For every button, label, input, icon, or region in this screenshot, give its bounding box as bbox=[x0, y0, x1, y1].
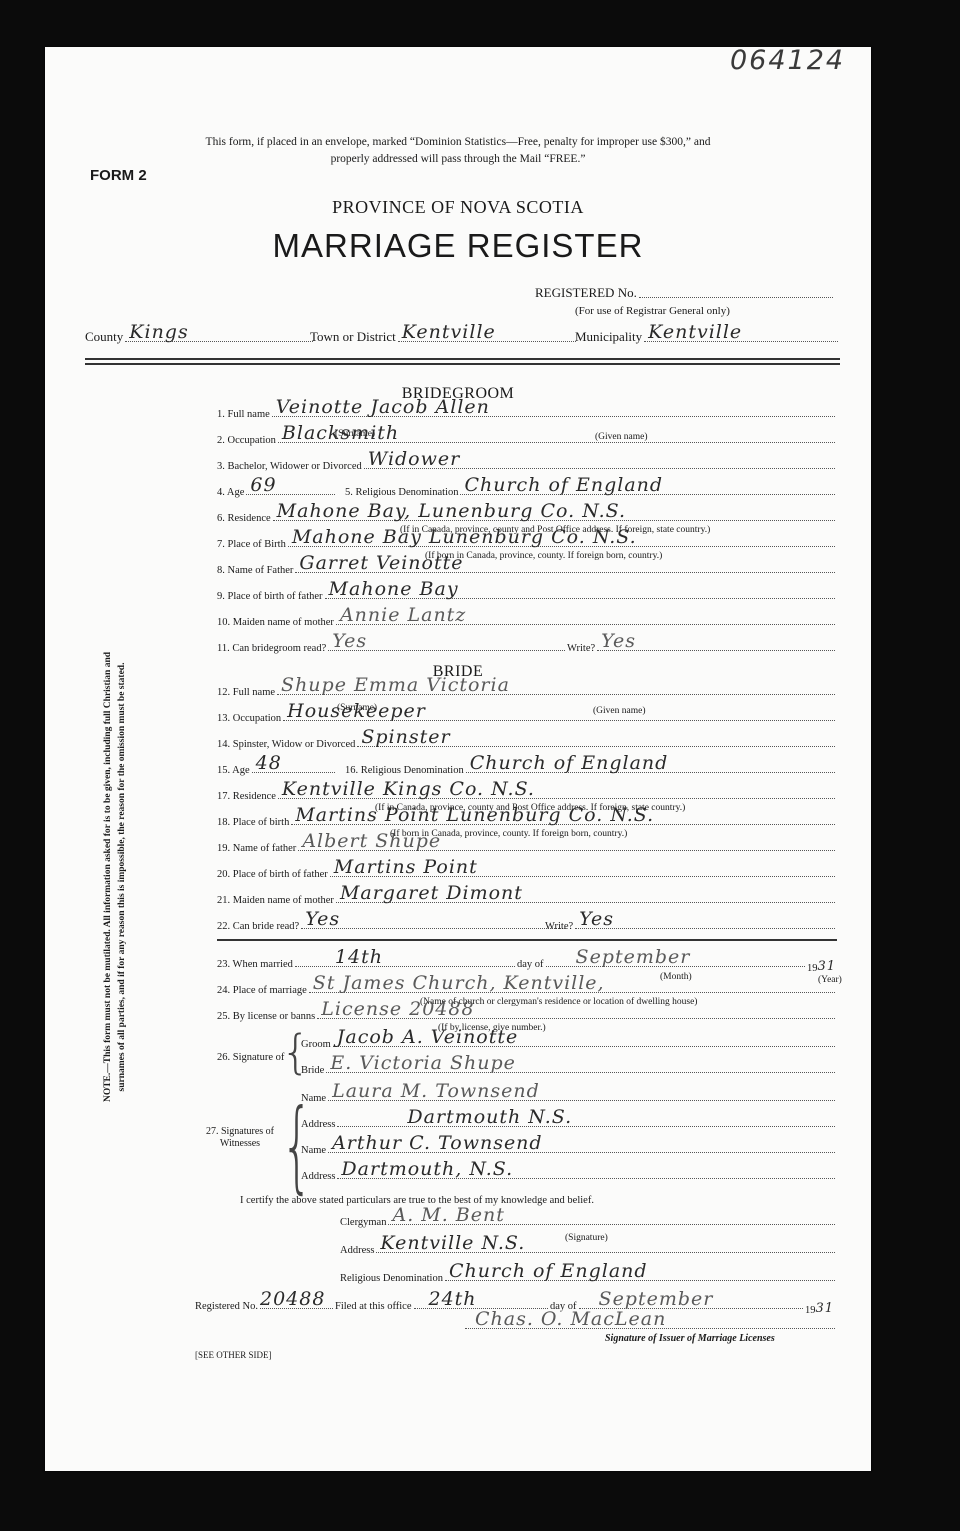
bride-father-birthplace-label: 20. Place of birth of father bbox=[217, 869, 328, 880]
groom-father-name-input[interactable]: Garret Veinotte bbox=[295, 571, 835, 573]
license-input[interactable]: License 20488 bbox=[317, 1017, 835, 1019]
groom-mother-maiden-name-input[interactable]: Annie Lantz bbox=[336, 623, 835, 625]
groom-birthplace-input[interactable]: Mahone Bay Lunenburg Co. N.S. bbox=[288, 545, 835, 547]
groom-father-name-label: 8. Name of Father bbox=[217, 565, 293, 576]
marriage-place-input[interactable]: St James Church, Kentville, bbox=[309, 991, 835, 993]
witness-1-name-label: Name bbox=[301, 1093, 326, 1104]
archive-number: 064124 bbox=[730, 45, 845, 76]
groom-age-label: 4. Age bbox=[217, 487, 244, 498]
issuer-signature-input[interactable]: Chas. O. MacLean bbox=[465, 1327, 835, 1329]
bride-can-write-field: Write? Yes bbox=[545, 921, 837, 932]
bride-signature-field: Bride E. Victoria Shupe bbox=[301, 1065, 837, 1076]
clergyman-label: Clergyman bbox=[340, 1217, 386, 1228]
bride-marital-status-field: 14. Spinster, Widow or Divorced Spinster bbox=[217, 739, 837, 750]
municipality-field: Municipality Kentville bbox=[575, 329, 840, 345]
groom-residence-label: 6. Residence bbox=[217, 513, 271, 524]
groom-signature-label: Groom bbox=[301, 1039, 331, 1050]
groom-can-write-input[interactable]: Yes bbox=[597, 649, 835, 651]
bride-divider bbox=[217, 939, 837, 941]
clergyman-address-field: Address Kentville N.S. bbox=[340, 1245, 837, 1256]
clergyman-signature-input[interactable]: A. M. Bent bbox=[388, 1223, 835, 1225]
issuer-caption: Signature of Issuer of Marriage Licenses bbox=[605, 1333, 775, 1344]
town-label: Town or District bbox=[310, 329, 396, 345]
groom-father-name-field: 8. Name of Father Garret Veinotte bbox=[217, 565, 837, 576]
mutilation-note: NOTE.—This form must not be mutilated. A… bbox=[101, 577, 129, 1177]
bride-mother-maiden-name-input[interactable]: Margaret Dimont bbox=[336, 901, 835, 903]
groom-can-write-field: Write? Yes bbox=[567, 643, 837, 654]
marriage-date-label: 23. When married bbox=[217, 959, 293, 970]
groom-denomination-field: 5. Religious Denomination Church of Engl… bbox=[345, 487, 837, 498]
bride-full-name-input[interactable]: Shupe Emma Victoria bbox=[277, 693, 835, 695]
groom-marital-status-label: 3. Bachelor, Widower or Divorced bbox=[217, 461, 362, 472]
groom-occupation-input[interactable]: Blacksmith bbox=[278, 441, 835, 443]
bride-father-name-input[interactable]: Albert Shupe bbox=[298, 849, 835, 851]
marriage-year-input[interactable]: 31 bbox=[818, 959, 837, 974]
witness-2-name-input[interactable]: Arthur C. Townsend bbox=[328, 1151, 835, 1153]
bride-mother-maiden-name-field: 21. Maiden name of mother Margaret Dimon… bbox=[217, 895, 837, 906]
mutilation-note-line1: NOTE.—This form must not be mutilated. A… bbox=[101, 577, 115, 1177]
bride-can-read-input[interactable]: Yes bbox=[301, 927, 565, 929]
bride-age-field: 15. Age 48 bbox=[217, 765, 337, 776]
bride-mother-maiden-name-label: 21. Maiden name of mother bbox=[217, 895, 334, 906]
witness-1-name-input[interactable]: Laura M. Townsend bbox=[328, 1099, 835, 1101]
groom-full-name-field: 1. Full name Veinotte Jacob Allen bbox=[217, 409, 837, 420]
groom-father-birthplace-input[interactable]: Mahone Bay bbox=[325, 597, 835, 599]
bride-father-birthplace-field: 20. Place of birth of father Martins Poi… bbox=[217, 869, 837, 880]
groom-occupation-field: 2. Occupation Blacksmith bbox=[217, 435, 837, 446]
bride-father-name-field: 19. Name of father Albert Shupe bbox=[217, 843, 837, 854]
registered-no-line[interactable] bbox=[639, 296, 833, 298]
clergyman-denomination-input[interactable]: Church of England bbox=[445, 1279, 835, 1281]
filed-year-input[interactable]: 31 bbox=[816, 1301, 835, 1316]
groom-occupation-label: 2. Occupation bbox=[217, 435, 276, 446]
town-input[interactable]: Kentville bbox=[398, 340, 576, 342]
postal-notice-line1: This form, if placed in an envelope, mar… bbox=[45, 134, 871, 151]
bride-birthplace-input[interactable]: Martins Point Lunenburg Co. N.S. bbox=[291, 823, 835, 825]
clergyman-address-label: Address bbox=[340, 1245, 374, 1256]
witness-2-address-field: Address Dartmouth, N.S. bbox=[301, 1171, 837, 1182]
groom-denomination-input[interactable]: Church of England bbox=[460, 493, 835, 495]
signature-of-label: 26. Signature of bbox=[217, 1052, 284, 1063]
signature-caption: (Signature) bbox=[565, 1233, 608, 1243]
witness-1-name-field: Name Laura M. Townsend bbox=[301, 1093, 837, 1104]
groom-can-write-label: Write? bbox=[567, 643, 595, 654]
bride-full-name-label: 12. Full name bbox=[217, 687, 275, 698]
license-label: 25. By license or banns bbox=[217, 1011, 315, 1022]
groom-father-birthplace-label: 9. Place of birth of father bbox=[217, 591, 323, 602]
county-input[interactable]: Kings bbox=[125, 340, 313, 342]
marriage-year-field: 19 31 bbox=[807, 959, 837, 974]
groom-denomination-label: 5. Religious Denomination bbox=[345, 487, 458, 498]
filing-registered-no-label: Registered No. bbox=[195, 1301, 258, 1312]
bride-marital-status-label: 14. Spinster, Widow or Divorced bbox=[217, 739, 355, 750]
groom-mother-maiden-name-label: 10. Maiden name of mother bbox=[217, 617, 334, 628]
filing-registered-no-field: Registered No. 20488 bbox=[195, 1301, 335, 1312]
marriage-place-field: 24. Place of marriage St James Church, K… bbox=[217, 985, 837, 996]
witness-1-address-input[interactable]: Dartmouth N.S. bbox=[337, 1125, 835, 1127]
bride-residence-field: 17. Residence Kentville Kings Co. N.S. bbox=[217, 791, 837, 802]
bride-occupation-label: 13. Occupation bbox=[217, 713, 281, 724]
issuer-signature-field: Chas. O. MacLean bbox=[463, 1327, 837, 1332]
filed-label: Filed at this office bbox=[335, 1301, 412, 1312]
bride-age-input[interactable]: 48 bbox=[252, 771, 335, 773]
witness-1-address-field: Address Dartmouth N.S. bbox=[301, 1119, 837, 1130]
bride-denomination-field: 16. Religious Denomination Church of Eng… bbox=[345, 765, 837, 776]
groom-residence-field: 6. Residence Mahone Bay, Lunenburg Co. N… bbox=[217, 513, 837, 524]
groom-marital-status-field: 3. Bachelor, Widower or Divorced Widower bbox=[217, 461, 837, 472]
mutilation-note-line2: surnames of all parties, and if for any … bbox=[115, 577, 129, 1177]
county-field: County Kings bbox=[85, 329, 315, 345]
license-field: 25. By license or banns License 20488 bbox=[217, 1011, 837, 1022]
header-divider bbox=[85, 358, 840, 365]
registered-no-field: REGISTERED No. bbox=[535, 285, 835, 301]
witness-2-address-label: Address bbox=[301, 1171, 335, 1182]
county-label: County bbox=[85, 329, 123, 345]
bride-can-read-label: 22. Can bride read? bbox=[217, 921, 299, 932]
groom-can-read-input[interactable]: Yes bbox=[328, 649, 565, 651]
bride-father-name-label: 19. Name of father bbox=[217, 843, 296, 854]
groom-marital-status-input[interactable]: Widower bbox=[364, 467, 835, 469]
marriage-place-label: 24. Place of marriage bbox=[217, 985, 307, 996]
witness-2-address-input[interactable]: Dartmouth, N.S. bbox=[337, 1177, 835, 1179]
bride-birthplace-field: 18. Place of birth Martins Point Lunenbu… bbox=[217, 817, 837, 828]
bride-can-read-field: 22. Can bride read? Yes bbox=[217, 921, 567, 932]
groom-can-read-label: 11. Can bridegroom read? bbox=[217, 643, 326, 654]
bride-denomination-input[interactable]: Church of England bbox=[466, 771, 835, 773]
marriage-month-input[interactable]: September bbox=[546, 965, 805, 967]
postal-notice-line2: properly addressed will pass through the… bbox=[45, 151, 871, 168]
bride-marital-status-input[interactable]: Spinster bbox=[357, 745, 835, 747]
filed-year-field: 19 31 bbox=[805, 1301, 837, 1316]
groom-mother-maiden-name-field: 10. Maiden name of mother Annie Lantz bbox=[217, 617, 837, 628]
filing-registered-no-input[interactable]: 20488 bbox=[260, 1307, 333, 1309]
day-of-label: day of bbox=[517, 959, 544, 970]
bride-signature-label: Bride bbox=[301, 1065, 324, 1076]
see-other-side: [SEE OTHER SIDE] bbox=[195, 1350, 272, 1360]
witnesses-label-line2: Witnesses bbox=[195, 1138, 285, 1150]
bride-residence-label: 17. Residence bbox=[217, 791, 276, 802]
clergyman-field: Clergyman A. M. Bent bbox=[340, 1217, 837, 1228]
municipality-label: Municipality bbox=[575, 329, 642, 345]
witness-1-address-label: Address bbox=[301, 1119, 335, 1130]
month-caption: (Month) bbox=[660, 972, 692, 982]
bride-age-label: 15. Age bbox=[217, 765, 250, 776]
groom-age-field: 4. Age 69 bbox=[217, 487, 337, 498]
province-heading: PROVINCE OF NOVA SCOTIA bbox=[45, 197, 871, 218]
witness-2-name-field: Name Arthur C. Townsend bbox=[301, 1145, 837, 1156]
registered-no-note: (For use of Registrar General only) bbox=[575, 305, 730, 317]
bride-residence-input[interactable]: Kentville Kings Co. N.S. bbox=[278, 797, 835, 799]
bride-denomination-label: 16. Religious Denomination bbox=[345, 765, 464, 776]
marriage-month-field: day of September bbox=[517, 959, 807, 970]
groom-age-input[interactable]: 69 bbox=[246, 493, 335, 495]
groom-can-read-field: 11. Can bridegroom read? Yes bbox=[217, 643, 567, 654]
clergyman-denomination-label: Religious Denomination bbox=[340, 1273, 443, 1284]
clergyman-denomination-field: Religious Denomination Church of England bbox=[340, 1273, 837, 1284]
year-prefix: 19 bbox=[807, 963, 818, 974]
year-caption: (Year) bbox=[818, 975, 842, 985]
witness-2-name-label: Name bbox=[301, 1145, 326, 1156]
groom-full-name-input[interactable]: Veinotte Jacob Allen bbox=[272, 415, 835, 417]
groom-father-birthplace-field: 9. Place of birth of father Mahone Bay bbox=[217, 591, 837, 602]
bride-full-name-field: 12. Full name Shupe Emma Victoria bbox=[217, 687, 837, 698]
marriage-day-input[interactable]: 14th bbox=[295, 965, 515, 967]
bride-occupation-input[interactable]: Housekeeper bbox=[283, 719, 835, 721]
groom-birthplace-label: 7. Place of Birth bbox=[217, 539, 286, 550]
groom-residence-input[interactable]: Mahone Bay, Lunenburg Co. N.S. bbox=[273, 519, 835, 521]
filed-year-prefix: 19 bbox=[805, 1305, 816, 1316]
marriage-date-field: 23. When married 14th bbox=[217, 959, 517, 970]
groom-full-name-label: 1. Full name bbox=[217, 409, 270, 420]
groom-signature-input[interactable]: Jacob A. Veinotte bbox=[333, 1045, 835, 1047]
bride-father-birthplace-input[interactable]: Martins Point bbox=[330, 875, 835, 877]
form-label: FORM 2 bbox=[90, 167, 147, 184]
groom-birthplace-field: 7. Place of Birth Mahone Bay Lunenburg C… bbox=[217, 539, 837, 550]
bride-occupation-field: 13. Occupation Housekeeper bbox=[217, 713, 837, 724]
bride-signature-input[interactable]: E. Victoria Shupe bbox=[326, 1071, 835, 1073]
page-title: MARRIAGE REGISTER bbox=[45, 227, 871, 265]
witnesses-label: 27. Signatures of Witnesses bbox=[195, 1126, 285, 1150]
clergyman-address-input[interactable]: Kentville N.S. bbox=[376, 1251, 835, 1253]
groom-signature-field: Groom Jacob A. Veinotte bbox=[301, 1039, 837, 1050]
bride-can-write-label: Write? bbox=[545, 921, 573, 932]
registered-no-label: REGISTERED No. bbox=[535, 285, 637, 301]
town-field: Town or District Kentville bbox=[310, 329, 578, 345]
bride-can-write-input[interactable]: Yes bbox=[575, 927, 835, 929]
witnesses-label-line1: 27. Signatures of bbox=[195, 1126, 285, 1138]
municipality-input[interactable]: Kentville bbox=[644, 340, 838, 342]
marriage-register-form: 064124 This form, if placed in an envelo… bbox=[45, 47, 871, 1471]
bride-birthplace-label: 18. Place of birth bbox=[217, 817, 289, 828]
